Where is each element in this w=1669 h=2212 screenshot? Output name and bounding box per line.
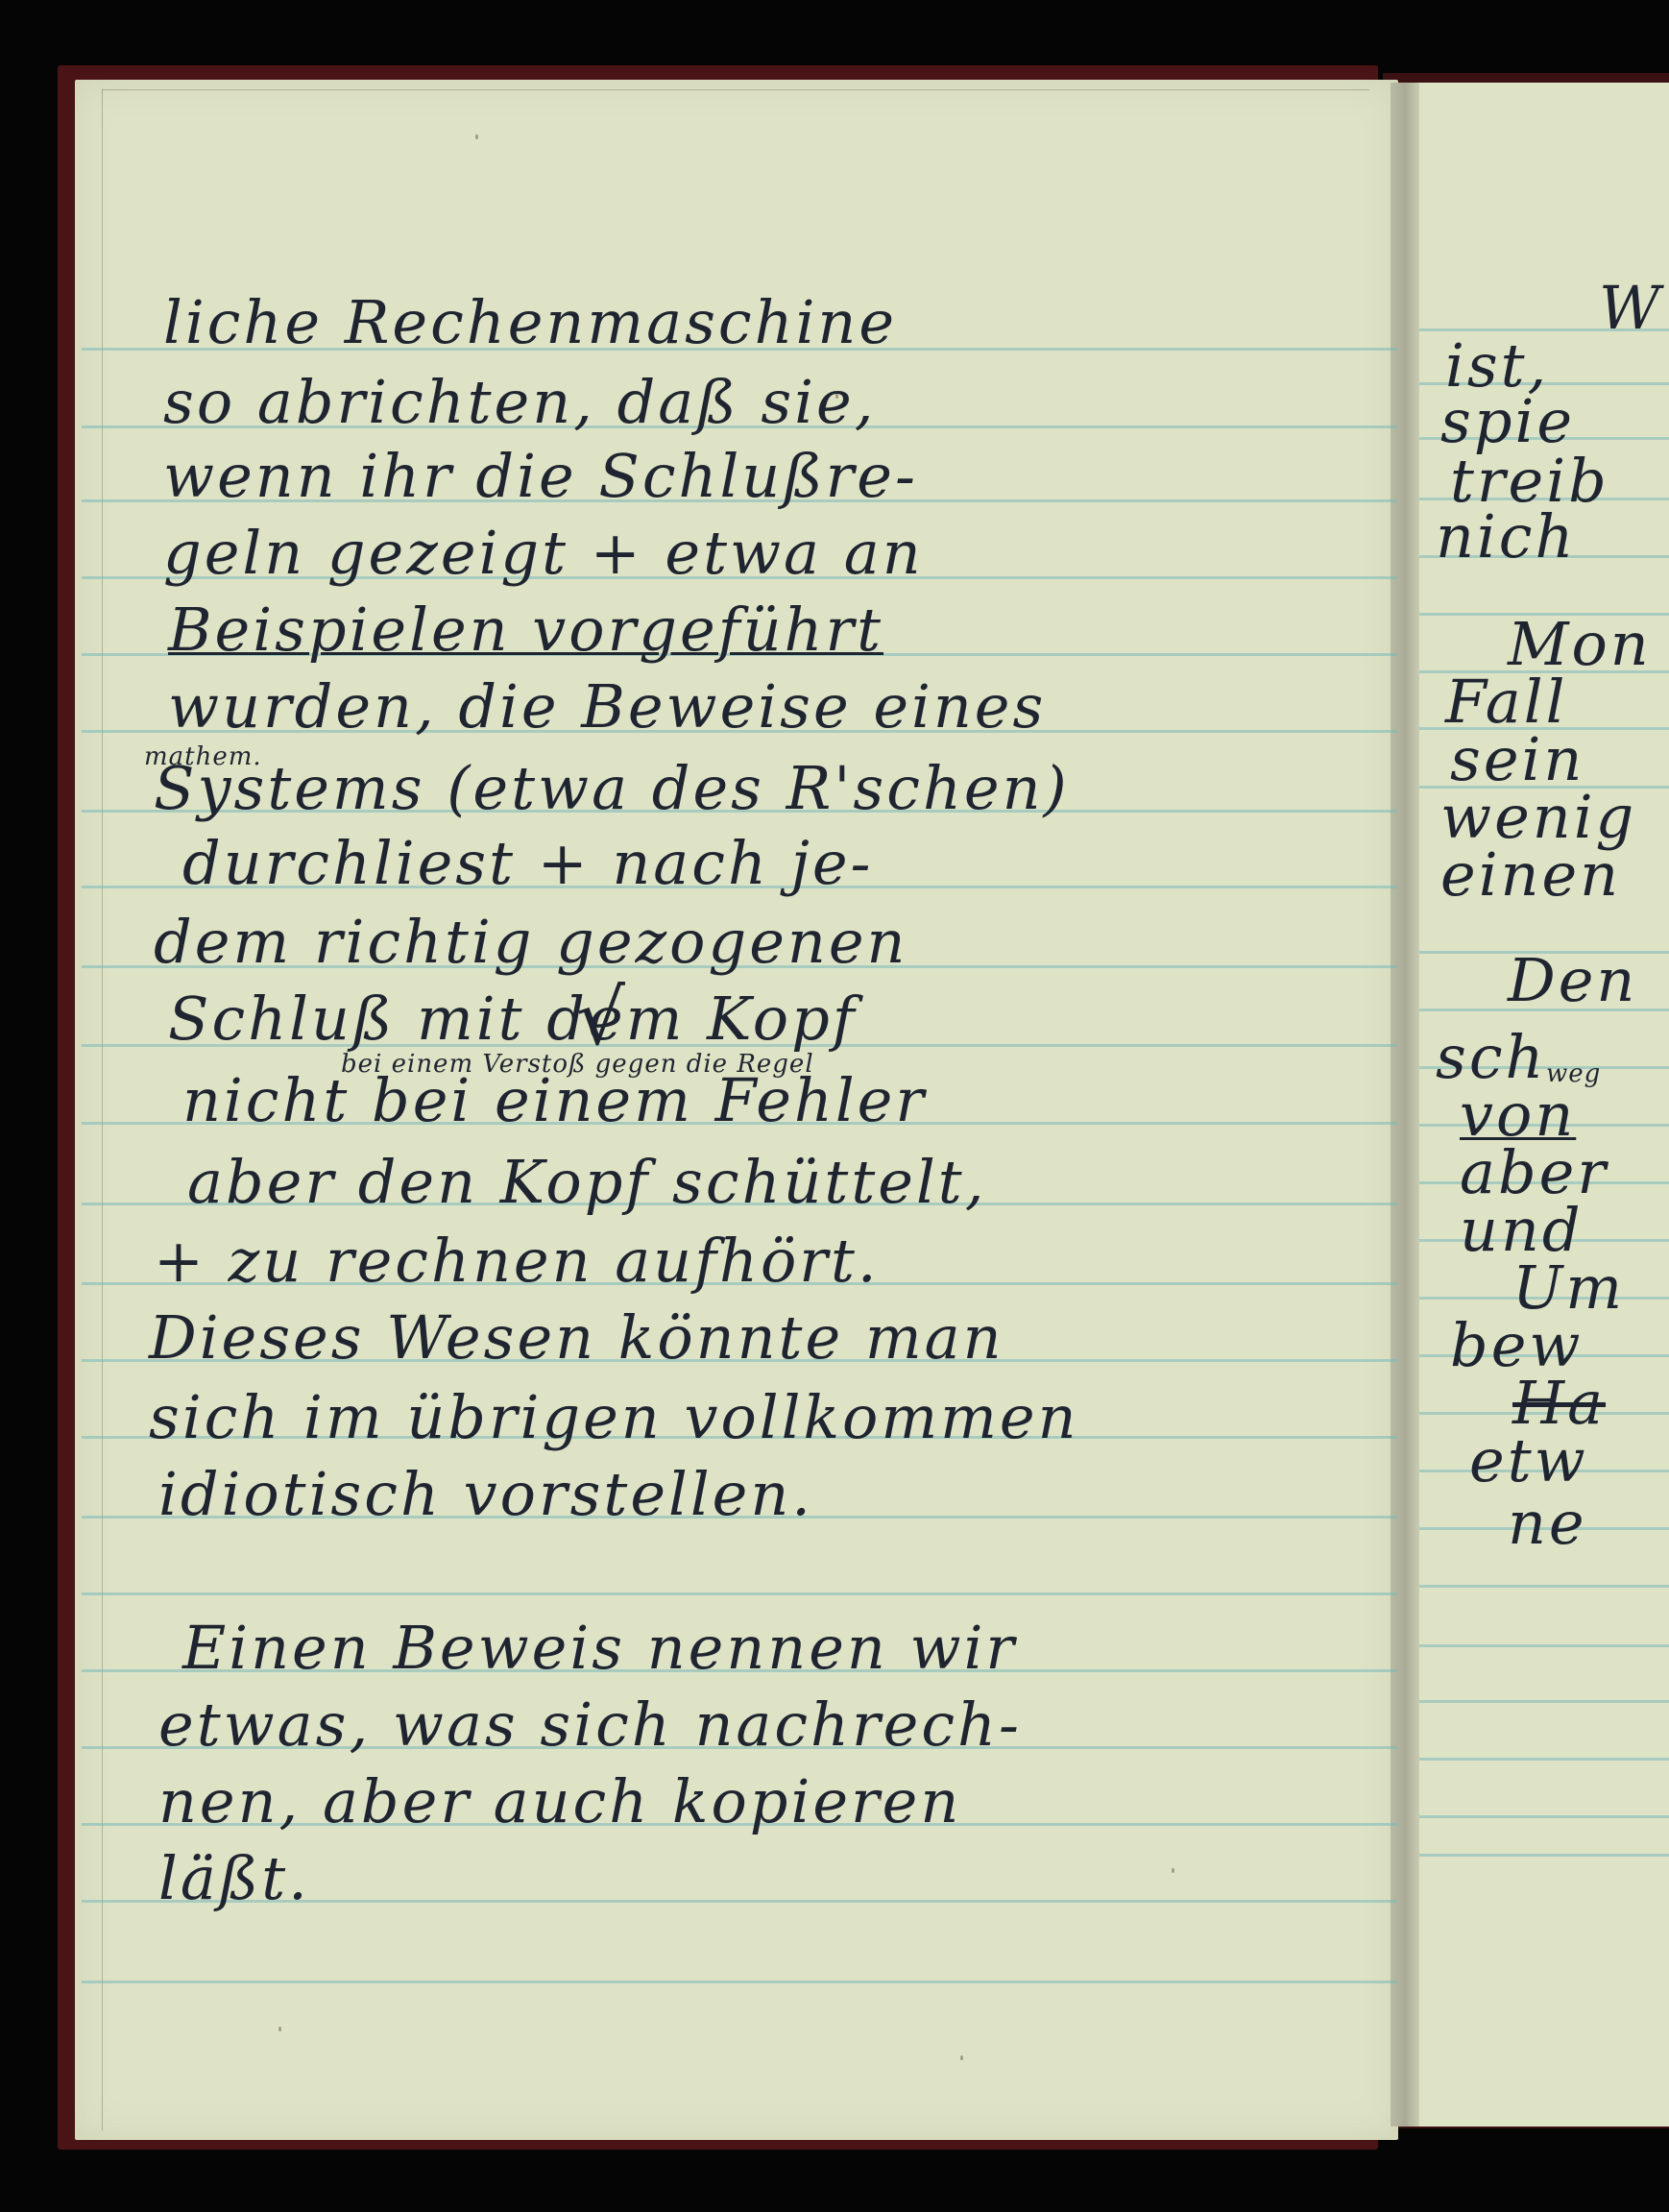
- handwritten-line: dem richtig gezogenen: [154, 912, 907, 972]
- handwritten-fragment: Fall: [1445, 672, 1567, 732]
- handwritten-line: wurden, die Beweise eines: [168, 677, 1046, 737]
- handwritten-fragment: aber: [1460, 1143, 1609, 1203]
- handwritten-fragment: einen: [1440, 845, 1621, 905]
- handwritten-line: so abrichten, daß sie,: [163, 373, 876, 432]
- ruled-line: [1419, 1758, 1669, 1761]
- handwritten-line: Beispielen vorgeführt: [168, 600, 883, 660]
- handwritten-fragment: sch: [1436, 1028, 1546, 1087]
- ruled-line: [82, 1592, 1397, 1595]
- handwritten-line: läßt.: [158, 1849, 310, 1908]
- handwritten-line: durchliest + nach je-: [182, 834, 873, 893]
- handwritten-fragment: sein: [1450, 730, 1584, 790]
- ruled-line: [1419, 1854, 1669, 1857]
- handwritten-line: Systems (etwa des R'schen): [154, 759, 1070, 818]
- paper-speck: [879, 1796, 882, 1801]
- insertion-mark-icon: √: [576, 980, 625, 1057]
- handwritten-line: nen, aber auch kopieren: [158, 1772, 961, 1832]
- handwritten-line: Dieses Wesen könnte man: [149, 1308, 1004, 1368]
- handwritten-fragment: Den: [1508, 951, 1637, 1010]
- handwritten-line: aber den Kopf schüttelt,: [187, 1153, 986, 1212]
- handwritten-fragment: spie: [1440, 392, 1575, 451]
- handwritten-line: Einen Beweis nennen wir: [182, 1618, 1017, 1678]
- handwritten-fragment: W: [1599, 279, 1663, 338]
- ruled-line: [1419, 1585, 1669, 1588]
- paper-speck: [475, 134, 478, 139]
- handwritten-line: geln gezeigt + etwa an: [163, 523, 924, 583]
- handwritten-fragment: etw: [1469, 1431, 1588, 1491]
- struck-fragment: Ha: [1512, 1373, 1606, 1433]
- handwritten-fragment: wenig: [1440, 788, 1636, 847]
- handwritten-fragment: ne: [1508, 1494, 1587, 1553]
- handwritten-line: etwas, was sich nachrech-: [158, 1695, 1022, 1755]
- paper-speck: [960, 2055, 963, 2060]
- paper-speck: [1172, 1868, 1174, 1873]
- handwritten-line: sich im übrigen vollkommen: [149, 1388, 1079, 1447]
- handwritten-fragment: bew: [1450, 1316, 1583, 1375]
- ruled-line: [1419, 1815, 1669, 1818]
- paper-speck: [278, 2027, 281, 2031]
- paper-speck: [835, 394, 838, 399]
- handwritten-fragment: Mon: [1508, 615, 1652, 674]
- page-edge-line: [102, 89, 1369, 90]
- ruled-line: [82, 1981, 1397, 1983]
- handwritten-fragment: Um: [1512, 1258, 1625, 1318]
- handwritten-fragment: und: [1460, 1201, 1584, 1260]
- ruled-line: [1419, 1700, 1669, 1703]
- book-gutter: [1391, 83, 1419, 2127]
- handwritten-line: nicht bei einem Fehler: [182, 1071, 927, 1130]
- handwritten-fragment: nich: [1436, 507, 1576, 567]
- handwritten-line: Schluß mit dem Kopf: [168, 989, 858, 1049]
- handwritten-fragment: von: [1460, 1085, 1576, 1145]
- handwritten-line: wenn ihr die Schlußre-: [163, 447, 918, 506]
- handwritten-line: + zu rechnen aufhört.: [154, 1231, 880, 1291]
- ruled-line: [1419, 1644, 1669, 1647]
- handwritten-line: liche Rechenmaschine: [163, 293, 897, 352]
- handwritten-line: idiotisch vorstellen.: [158, 1465, 813, 1524]
